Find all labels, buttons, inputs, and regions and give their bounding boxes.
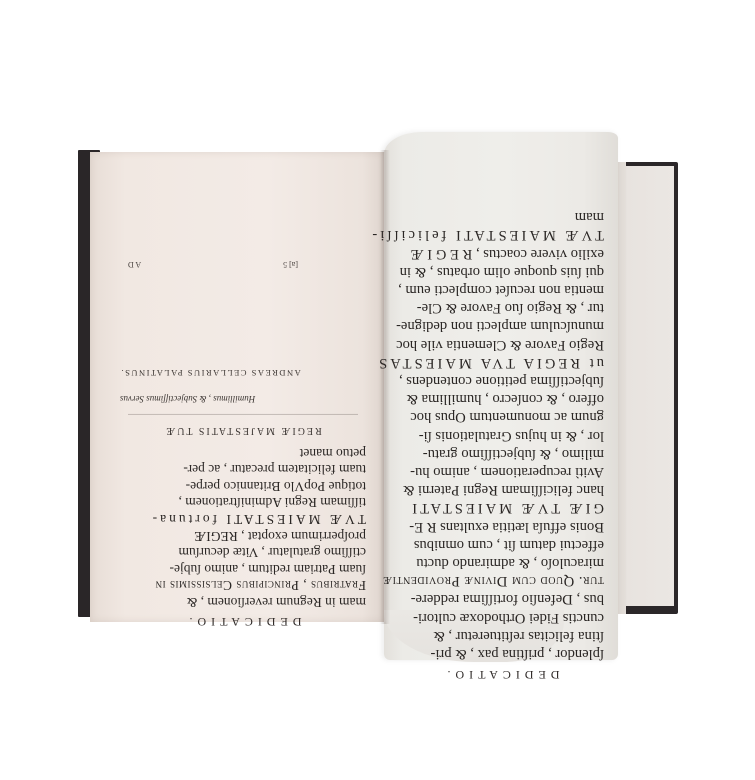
text-line: ſuam Patriam reditum , animo ſubje- <box>120 560 366 577</box>
text-line: tiſſimam Regni Adminiſtrationem , <box>120 494 366 511</box>
text-line: totique PopVlo Britannico perpe- <box>120 477 366 494</box>
signature: ANDREAS CELLARIUS PALATINUS. <box>120 368 366 378</box>
text-line: tur. Quod cum Divinæ Providentiæ <box>398 572 604 590</box>
text-line: ſtina felicitas reſtitueretur , & <box>398 627 604 645</box>
text-line: cunctis Fidei Orthodoxæ cultori- <box>398 608 604 626</box>
text-line: munuſculum amplecti non dedigne- <box>398 317 604 335</box>
text-line: Avitì recuperationem , animo hu- <box>398 463 604 481</box>
text-line: hanc feliciſſimam Regni Paterni & <box>398 481 604 499</box>
text-line: ſplendor , priſtina pax , & pri- <box>398 645 604 663</box>
text-line: lor , & in hujus Gratulationis ſi- <box>398 426 604 444</box>
closing-line: REGIÆ MAJESTATIS TUÆ <box>120 425 366 436</box>
text-line: Regio Favore & Clementia vile hoc <box>398 335 604 353</box>
right-heading: DEDICATIO. <box>398 667 604 682</box>
text-line: bus , Defenſio fortiſſima reddere- <box>398 590 604 608</box>
text-line: petuo manet <box>120 444 366 461</box>
text-line: exilio vivere coactus , R E G I Æ <box>398 244 604 262</box>
text-line: tuam felicitatem precatur , ac per- <box>120 461 366 478</box>
text-line: offero , & conſecro , humillima & <box>398 390 604 408</box>
text-line: ctiſſimo gratulatur , Vitæ decurſum <box>120 544 366 561</box>
text-line: tur , & Regio ſuo Favore & Cle- <box>398 299 604 317</box>
text-line: GIÆ TVÆ MAIESTATI <box>398 499 604 517</box>
right-page-text: DEDICATIO. ſplendor , priſtina pax , & p… <box>398 208 604 682</box>
text-line: mentia non recuſet complecti eum , <box>398 281 604 299</box>
open-book: [a] 5 A D DEDICATIO. mam in Regnum rever… <box>0 0 755 780</box>
left-heading: DEDICATIO. <box>120 614 366 629</box>
text-line: mam in Regnum reverſionem , & <box>120 593 366 610</box>
text-line: qui ſuis quoque olim orbatus , & in <box>398 263 604 281</box>
book-gutter <box>380 150 390 624</box>
signature-mark: [a] 5 <box>283 260 298 269</box>
subscription: Humillimus , & Subjectiſſimus Servus <box>120 394 366 404</box>
text-line: gnum ac monumentum Opus hoc <box>398 408 604 426</box>
text-line: milimo , & ſubjectiſſimo gratu- <box>398 445 604 463</box>
left-page-footer: [a] 5 A D <box>128 260 298 269</box>
left-page-text: DEDICATIO. mam in Regnum reverſionem , &… <box>120 368 366 629</box>
text-line: miraculoſo , & admirando ductu <box>398 554 604 572</box>
text-line: TVÆ MAIESTATI fortuna- <box>120 510 366 527</box>
text-line: mam <box>398 208 604 226</box>
text-line: effectui datum ſit , cum omnibus <box>398 536 604 554</box>
divider <box>128 414 358 415</box>
catchword: A D <box>128 260 141 269</box>
text-line: Fratribus , Principibus Celsissimis in <box>120 577 366 594</box>
text-line: TVÆ MAIESTATI feliciſſi- <box>398 226 604 244</box>
text-line: ut REGIA TVA MAIESTAS <box>398 354 604 372</box>
text-line: ſubjectiſſima petitione contendens , <box>398 372 604 390</box>
text-line: proſperrimum exoptat , REGIÆ <box>120 527 366 544</box>
text-line: Bonis effuſa lætitia exultans R E- <box>398 517 604 535</box>
